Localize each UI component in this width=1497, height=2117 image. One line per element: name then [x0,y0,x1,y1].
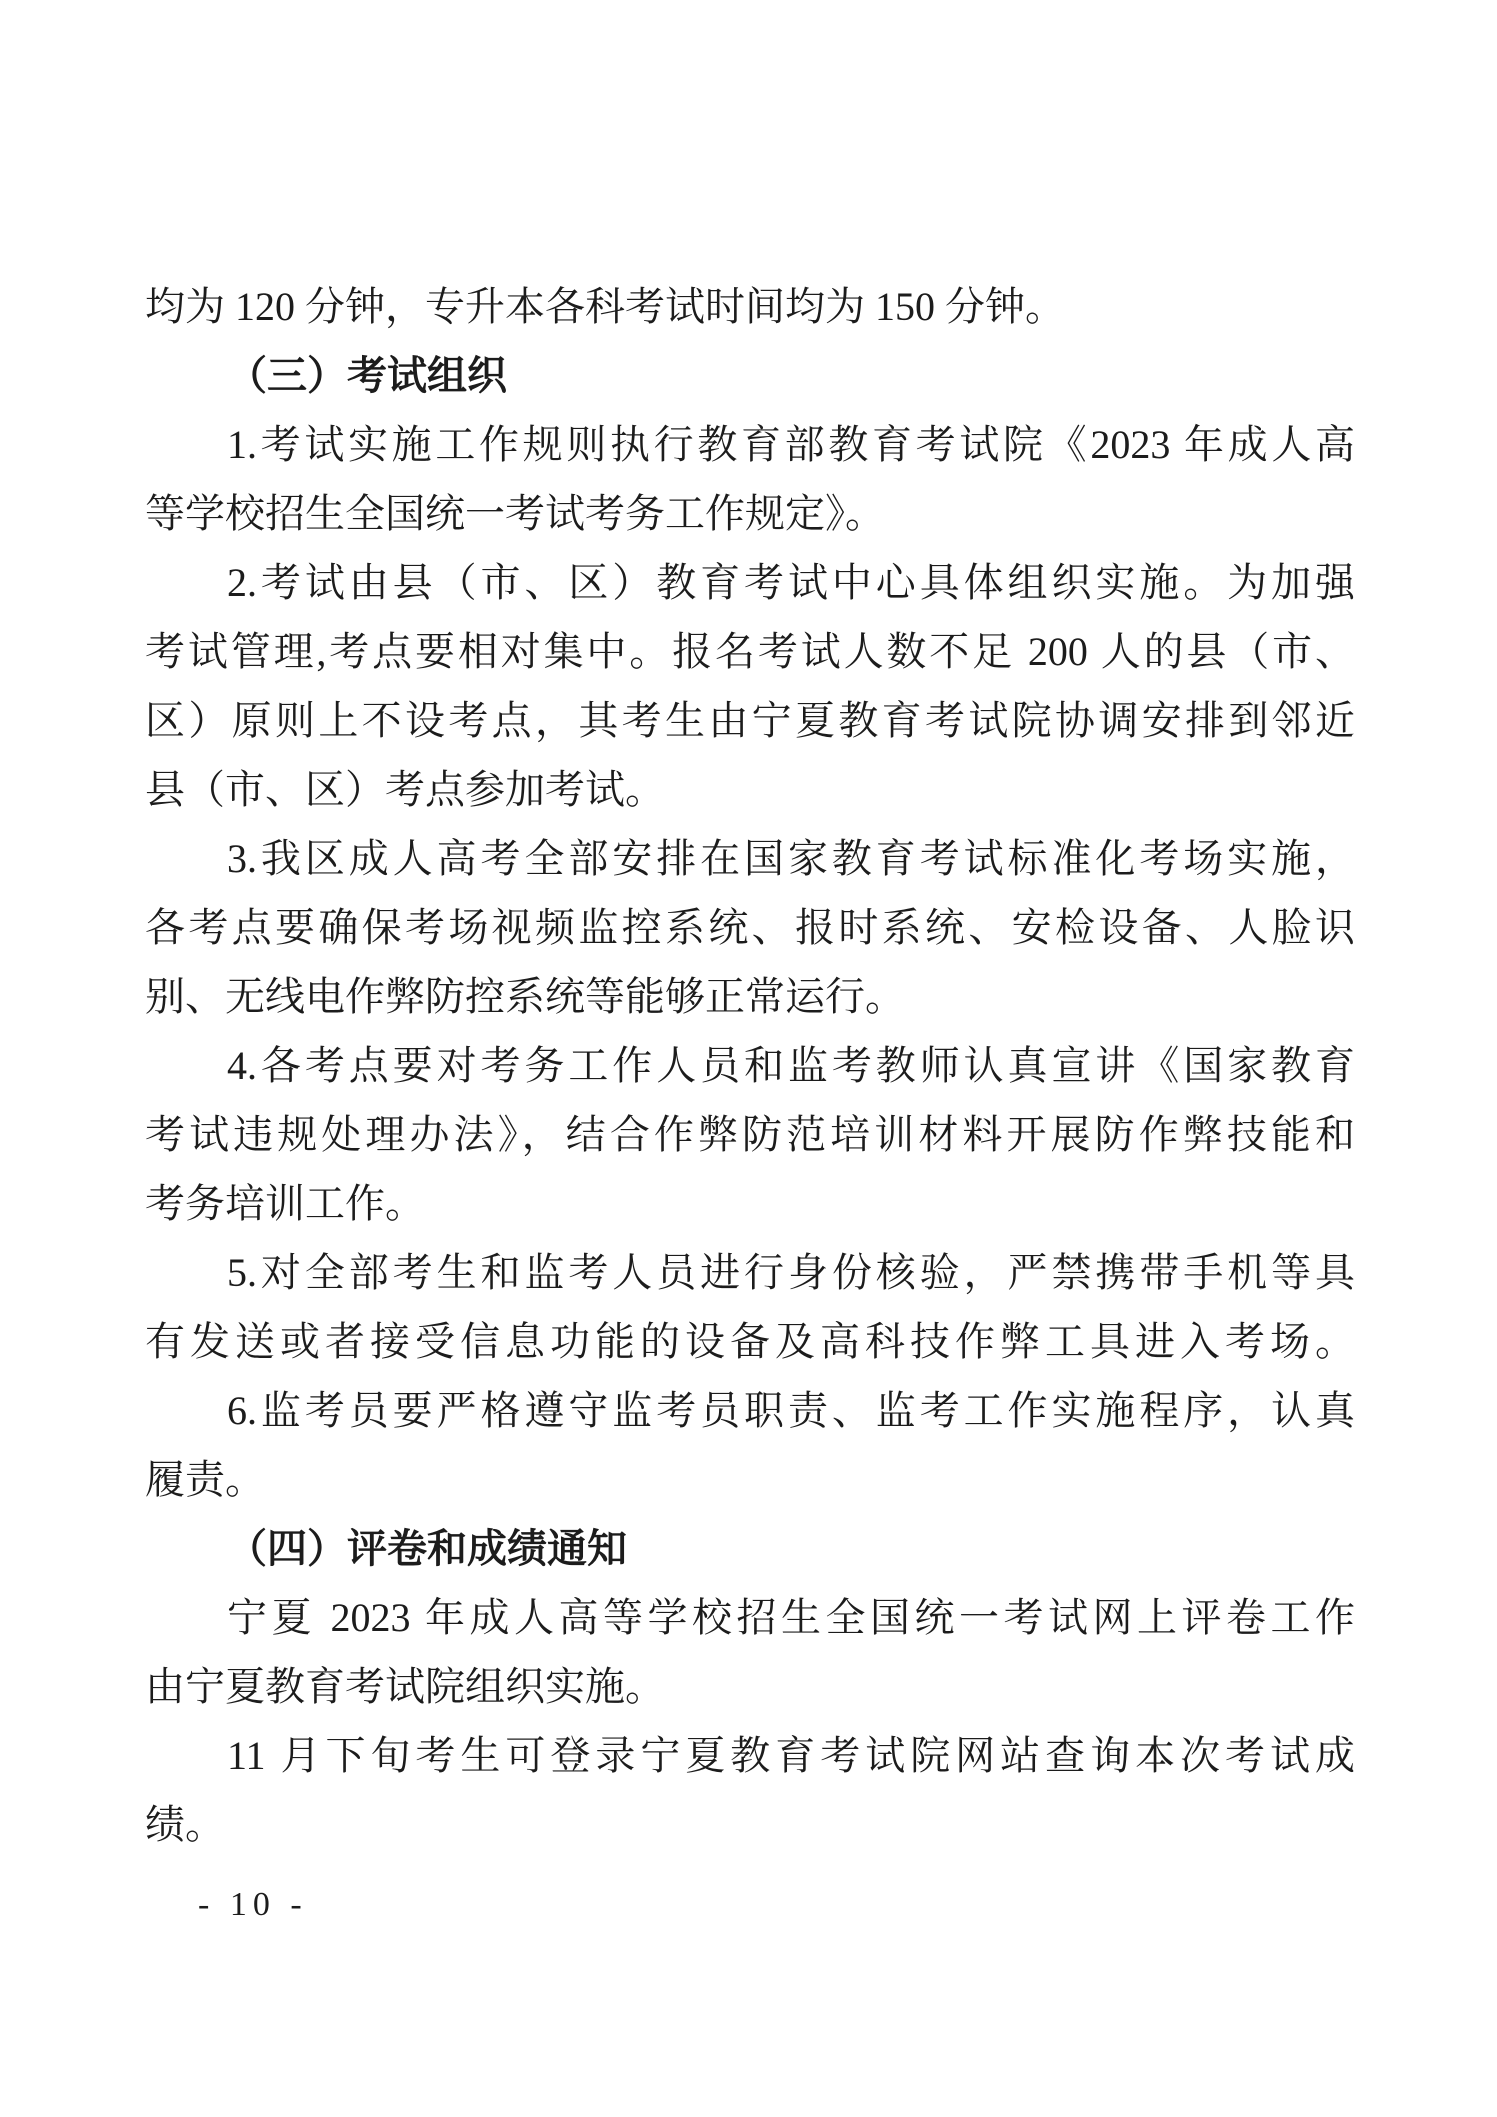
text-line: 考务培训工作。 [145,1169,1355,1238]
section-heading: （四）评卷和成绩通知 [145,1514,1355,1583]
text-line: 等学校招生全国统一考试考务工作规定》。 [145,479,1355,548]
text-line: 5.对全部考生和监考人员进行身份核验，严禁携带手机等具 [145,1238,1355,1307]
text-line: 各考点要确保考场视频监控系统、报时系统、安检设备、人脸识 [145,893,1355,962]
page-number: - 10 - [198,1886,308,1924]
text-line: 考试管理,考点要相对集中。报名考试人数不足 200 人的县（市、 [145,617,1355,686]
text-line: 由宁夏教育考试院组织实施。 [145,1652,1355,1721]
section-heading: （三）考试组织 [145,341,1355,410]
text-line: 6.监考员要严格遵守监考员职责、监考工作实施程序，认真 [145,1376,1355,1445]
text-line: 宁夏 2023 年成人高等学校招生全国统一考试网上评卷工作 [145,1583,1355,1652]
text-line: 11 月下旬考生可登录宁夏教育考试院网站查询本次考试成 [145,1721,1355,1790]
text-line: 考试违规处理办法》，结合作弊防范培训材料开展防作弊技能和 [145,1100,1355,1169]
text-line: 别、无线电作弊防控系统等能够正常运行。 [145,962,1355,1031]
text-line: 有发送或者接受信息功能的设备及高科技作弊工具进入考场。 [145,1307,1355,1376]
text-line: 区）原则上不设考点，其考生由宁夏教育考试院协调安排到邻近 [145,686,1355,755]
text-line: 2.考试由县（市、区）教育考试中心具体组织实施。为加强 [145,548,1355,617]
text-line: 4.各考点要对考务工作人员和监考教师认真宣讲《国家教育 [145,1031,1355,1100]
text-line: 均为 120 分钟，专升本各科考试时间均为 150 分钟。 [145,272,1355,341]
document-body: 均为 120 分钟，专升本各科考试时间均为 150 分钟。（三）考试组织1.考试… [145,272,1355,1859]
text-line: 1.考试实施工作规则执行教育部教育考试院《2023 年成人高 [145,410,1355,479]
text-line: 3.我区成人高考全部安排在国家教育考试标准化考场实施， [145,824,1355,893]
text-line: 履责。 [145,1445,1355,1514]
text-line: 县（市、区）考点参加考试。 [145,755,1355,824]
document-page: 均为 120 分钟，专升本各科考试时间均为 150 分钟。（三）考试组织1.考试… [0,0,1497,2117]
text-line: 绩。 [145,1790,1355,1859]
